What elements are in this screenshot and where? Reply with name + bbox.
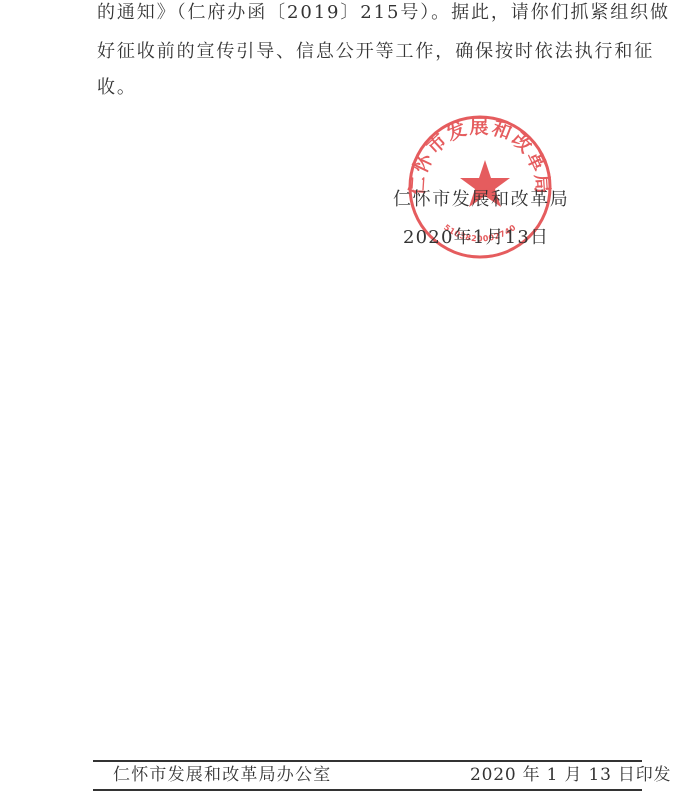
body-text-line: 收。 [97,78,137,98]
signature-organization: 仁怀市发展和改革局 [393,190,569,210]
footer-bottom-rule [93,789,642,791]
footer-issue-date: 2020 年 1 月 13 日印发 [470,766,671,784]
signature-date: 2020年1月13日 [403,228,549,248]
body-text-line: 的通知》（仁府办函〔2019〕215号）。据此，请你们抓紧组织做 [97,3,670,23]
footer-top-rule [93,760,642,762]
footer-issuer: 仁怀市发展和改革局办公室 [113,766,331,784]
body-text-line: 好征收前的宣传引导、信息公开等工作，确保按时依法执行和征 [97,42,654,62]
